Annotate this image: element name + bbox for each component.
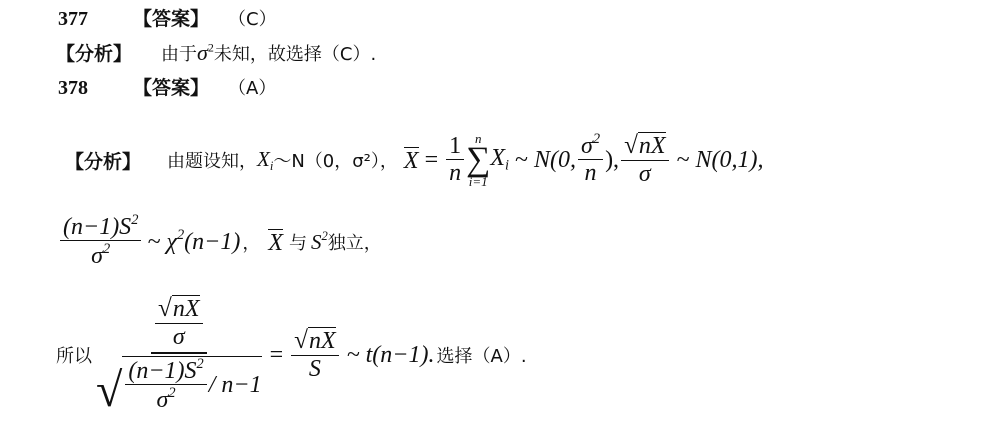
- analysis-label: 【分析】: [65, 147, 141, 174]
- compound-fraction: √nX σ √ (n−1)S2 σ2 / n−1: [96, 295, 262, 414]
- so-text: 所以: [56, 342, 92, 368]
- analysis-intro: 由题设知，: [167, 147, 257, 173]
- and-text: 与: [289, 229, 307, 255]
- answer-value: （C）: [228, 9, 277, 30]
- answer-value: （A）: [228, 78, 276, 99]
- question-378-analysis-line-1: 【分析】 由题设知， Xi ～N（0，σ²）， X = 1 n n ∑ i=1 …: [65, 120, 764, 200]
- separator: ，: [242, 229, 260, 255]
- analysis-text: 由于: [161, 44, 197, 65]
- question-number: 378: [58, 77, 88, 99]
- x-bar: X: [404, 147, 419, 173]
- answer-label: 【答案】: [133, 77, 209, 99]
- tilde: ~: [515, 147, 528, 174]
- question-378-analysis-line-3: 所以 √nX σ √ (n−1)S2 σ2 / n−1 = √nX S: [56, 290, 527, 420]
- analysis-label: 【分析】: [56, 43, 132, 65]
- sum-term: Xi: [490, 145, 509, 174]
- independent-text: 独立，: [328, 229, 382, 255]
- summation: n ∑ i=1: [466, 132, 490, 189]
- xbar-equation: X = 1 n n ∑ i=1 Xi ~ N(0, σ2 n ), √nX σ …: [404, 132, 764, 189]
- fraction-chi-statistic: (n−1)S2 σ2: [60, 213, 141, 271]
- normal-dist: N(0,: [534, 147, 576, 174]
- fraction-sqrtn-xbar-over-sigma: √nX σ: [621, 132, 669, 188]
- t-distribution: ~ t(n−1).: [347, 342, 435, 369]
- question-378-analysis-line-2: (n−1)S2 σ2 ~ χ2(n−1) ， X 与 S2 独立，: [58, 212, 382, 272]
- close-paren: ),: [605, 147, 619, 174]
- question-377-answer-row: 377 【答案】 （C）: [58, 4, 277, 31]
- x-bar: X: [268, 229, 283, 255]
- conclusion-text: 选择（A）.: [437, 342, 527, 368]
- question-377-analysis-row: 【分析】 由于σ2未知，故选择（C）.: [56, 39, 376, 66]
- equals: =: [270, 342, 284, 369]
- tilde: ~: [677, 147, 690, 174]
- chi-square: ~ χ2(n−1): [147, 227, 240, 256]
- s-squared: S2: [311, 229, 328, 255]
- standard-normal: N(0,1),: [696, 147, 764, 174]
- question-378-answer-row: 378 【答案】 （A）: [58, 73, 276, 100]
- fraction-sqrtn-xbar-over-s: √nX S: [291, 327, 339, 383]
- fraction-one-over-n: 1 n: [446, 133, 464, 188]
- answer-label: 【答案】: [133, 8, 209, 30]
- question-number: 377: [58, 8, 88, 30]
- fraction-sigma2-over-n: σ2 n: [578, 132, 603, 188]
- sigma-symbol: σ: [197, 40, 208, 65]
- analysis-text: 未知，故选择（C）.: [214, 44, 376, 65]
- distribution-text: ～N（0，σ²），: [273, 147, 398, 173]
- equals: =: [425, 147, 439, 174]
- x-i: Xi: [257, 147, 273, 174]
